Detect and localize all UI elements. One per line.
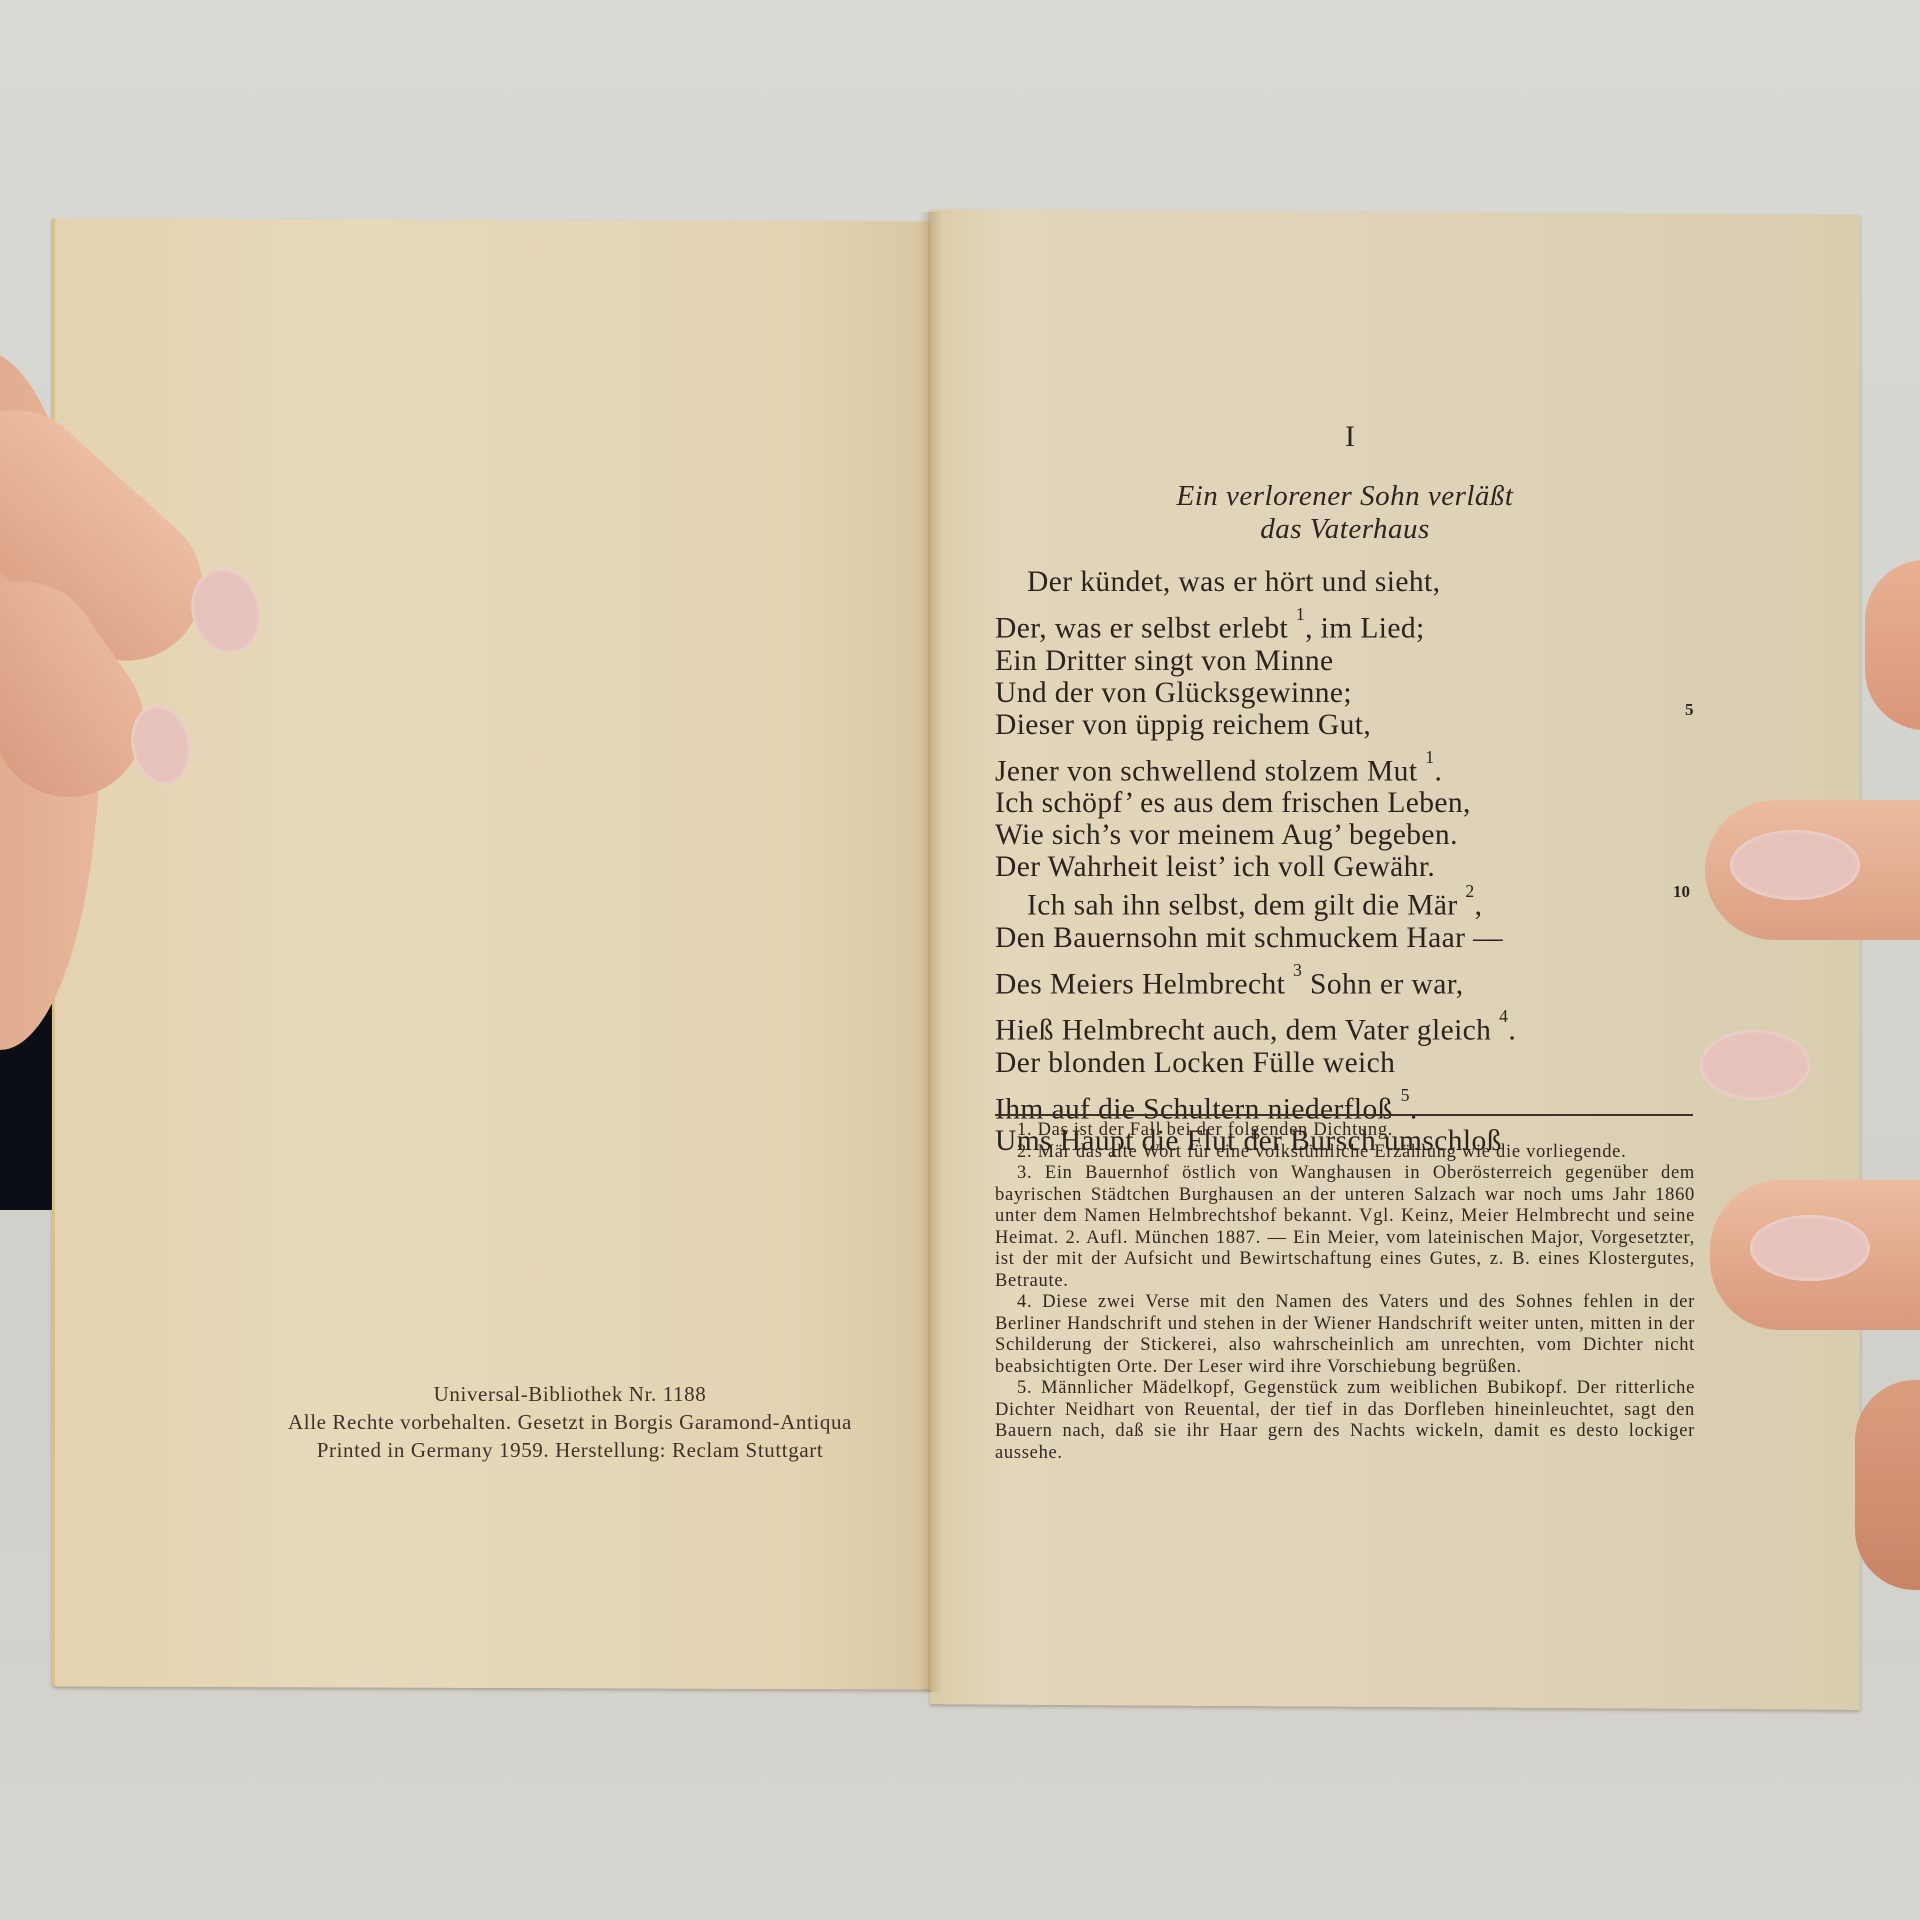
- open-book: Universal-Bibliothek Nr. 1188 Alle Recht…: [0, 0, 1920, 1920]
- verse-line: Der kündet, was er hört und sieht,: [995, 566, 1635, 598]
- verse-line: Den Bauernsohn mit schmuckem Haar —: [995, 922, 1635, 954]
- verse-line: Ihm auf die Schultern niederfloß 5.: [995, 1079, 1635, 1126]
- colophon-line-2: Alle Rechte vorbehalten. Gesetzt in Borg…: [230, 1408, 910, 1436]
- chapter-title: Ein verlorener Sohn verläßt das Vaterhau…: [1100, 480, 1590, 546]
- line-number-10: 10: [1673, 882, 1690, 902]
- verse-line: Des Meiers Helmbrecht 3 Sohn er war,: [995, 954, 1635, 1001]
- colophon-line-1: Universal-Bibliothek Nr. 1188: [230, 1380, 910, 1408]
- verse-line: Der blonden Locken Fülle weich: [995, 1047, 1635, 1079]
- footnote-ref: 1: [1296, 604, 1305, 624]
- verse-line: Wie sich’s vor meinem Aug’ begeben.: [995, 819, 1635, 851]
- fingernail: [1750, 1215, 1870, 1281]
- right-hand-finger: [1855, 1380, 1920, 1590]
- colophon-line-3: Printed in Germany 1959. Herstellung: Re…: [230, 1436, 910, 1464]
- verse-line: Und der von Glücksgewinne;: [995, 677, 1635, 709]
- footnote-5: 5. Männlicher Mädelkopf, Gegenstück zum …: [995, 1378, 1695, 1464]
- stanza-1: Der kündet, was er hört und sieht, Der, …: [995, 566, 1635, 883]
- footnote-rule: [995, 1114, 1693, 1116]
- left-page: [52, 218, 933, 1689]
- verse-line: Ich schöpf’ es aus dem frischen Leben,: [995, 787, 1635, 819]
- colophon: Universal-Bibliothek Nr. 1188 Alle Recht…: [230, 1380, 910, 1464]
- verse-line: Dieser von üppig reichem Gut,: [995, 709, 1635, 741]
- chapter-title-line-2: das Vaterhaus: [1100, 513, 1590, 546]
- footnote-ref: 2: [1465, 881, 1474, 901]
- fingernail: [1730, 830, 1860, 900]
- footnote-ref: 3: [1293, 960, 1302, 980]
- verse-line: Ich sah ihn selbst, dem gilt die Mär 2,: [995, 875, 1635, 922]
- book-spine-gutter: [918, 212, 942, 1692]
- footnote-3: 3. Ein Bauernhof östlich von Wanghausen …: [995, 1163, 1695, 1292]
- footnote-1: 1. Das ist der Fall bei der folgenden Di…: [995, 1120, 1695, 1142]
- verse-line: Ein Dritter singt von Minne: [995, 645, 1635, 677]
- footnote-ref: 5: [1401, 1085, 1410, 1105]
- fingernail: [1700, 1030, 1810, 1100]
- footnote-2: 2. Mär das alte Wort für eine volkstümli…: [995, 1142, 1695, 1164]
- verse-line: Jener von schwellend stolzem Mut 1.: [995, 741, 1635, 788]
- footnotes: 1. Das ist der Fall bei der folgenden Di…: [995, 1120, 1695, 1464]
- footnote-4: 4. Diese zwei Verse mit den Namen des Va…: [995, 1292, 1695, 1378]
- footnote-ref: 4: [1499, 1006, 1508, 1026]
- verse-line: Der, was er selbst erlebt 1, im Lied;: [995, 598, 1635, 645]
- chapter-number: I: [1320, 420, 1380, 454]
- line-number-5: 5: [1685, 700, 1694, 720]
- verse-line: Hieß Helmbrecht auch, dem Vater gleich 4…: [995, 1000, 1635, 1047]
- chapter-title-line-1: Ein verlorener Sohn verläßt: [1100, 480, 1590, 513]
